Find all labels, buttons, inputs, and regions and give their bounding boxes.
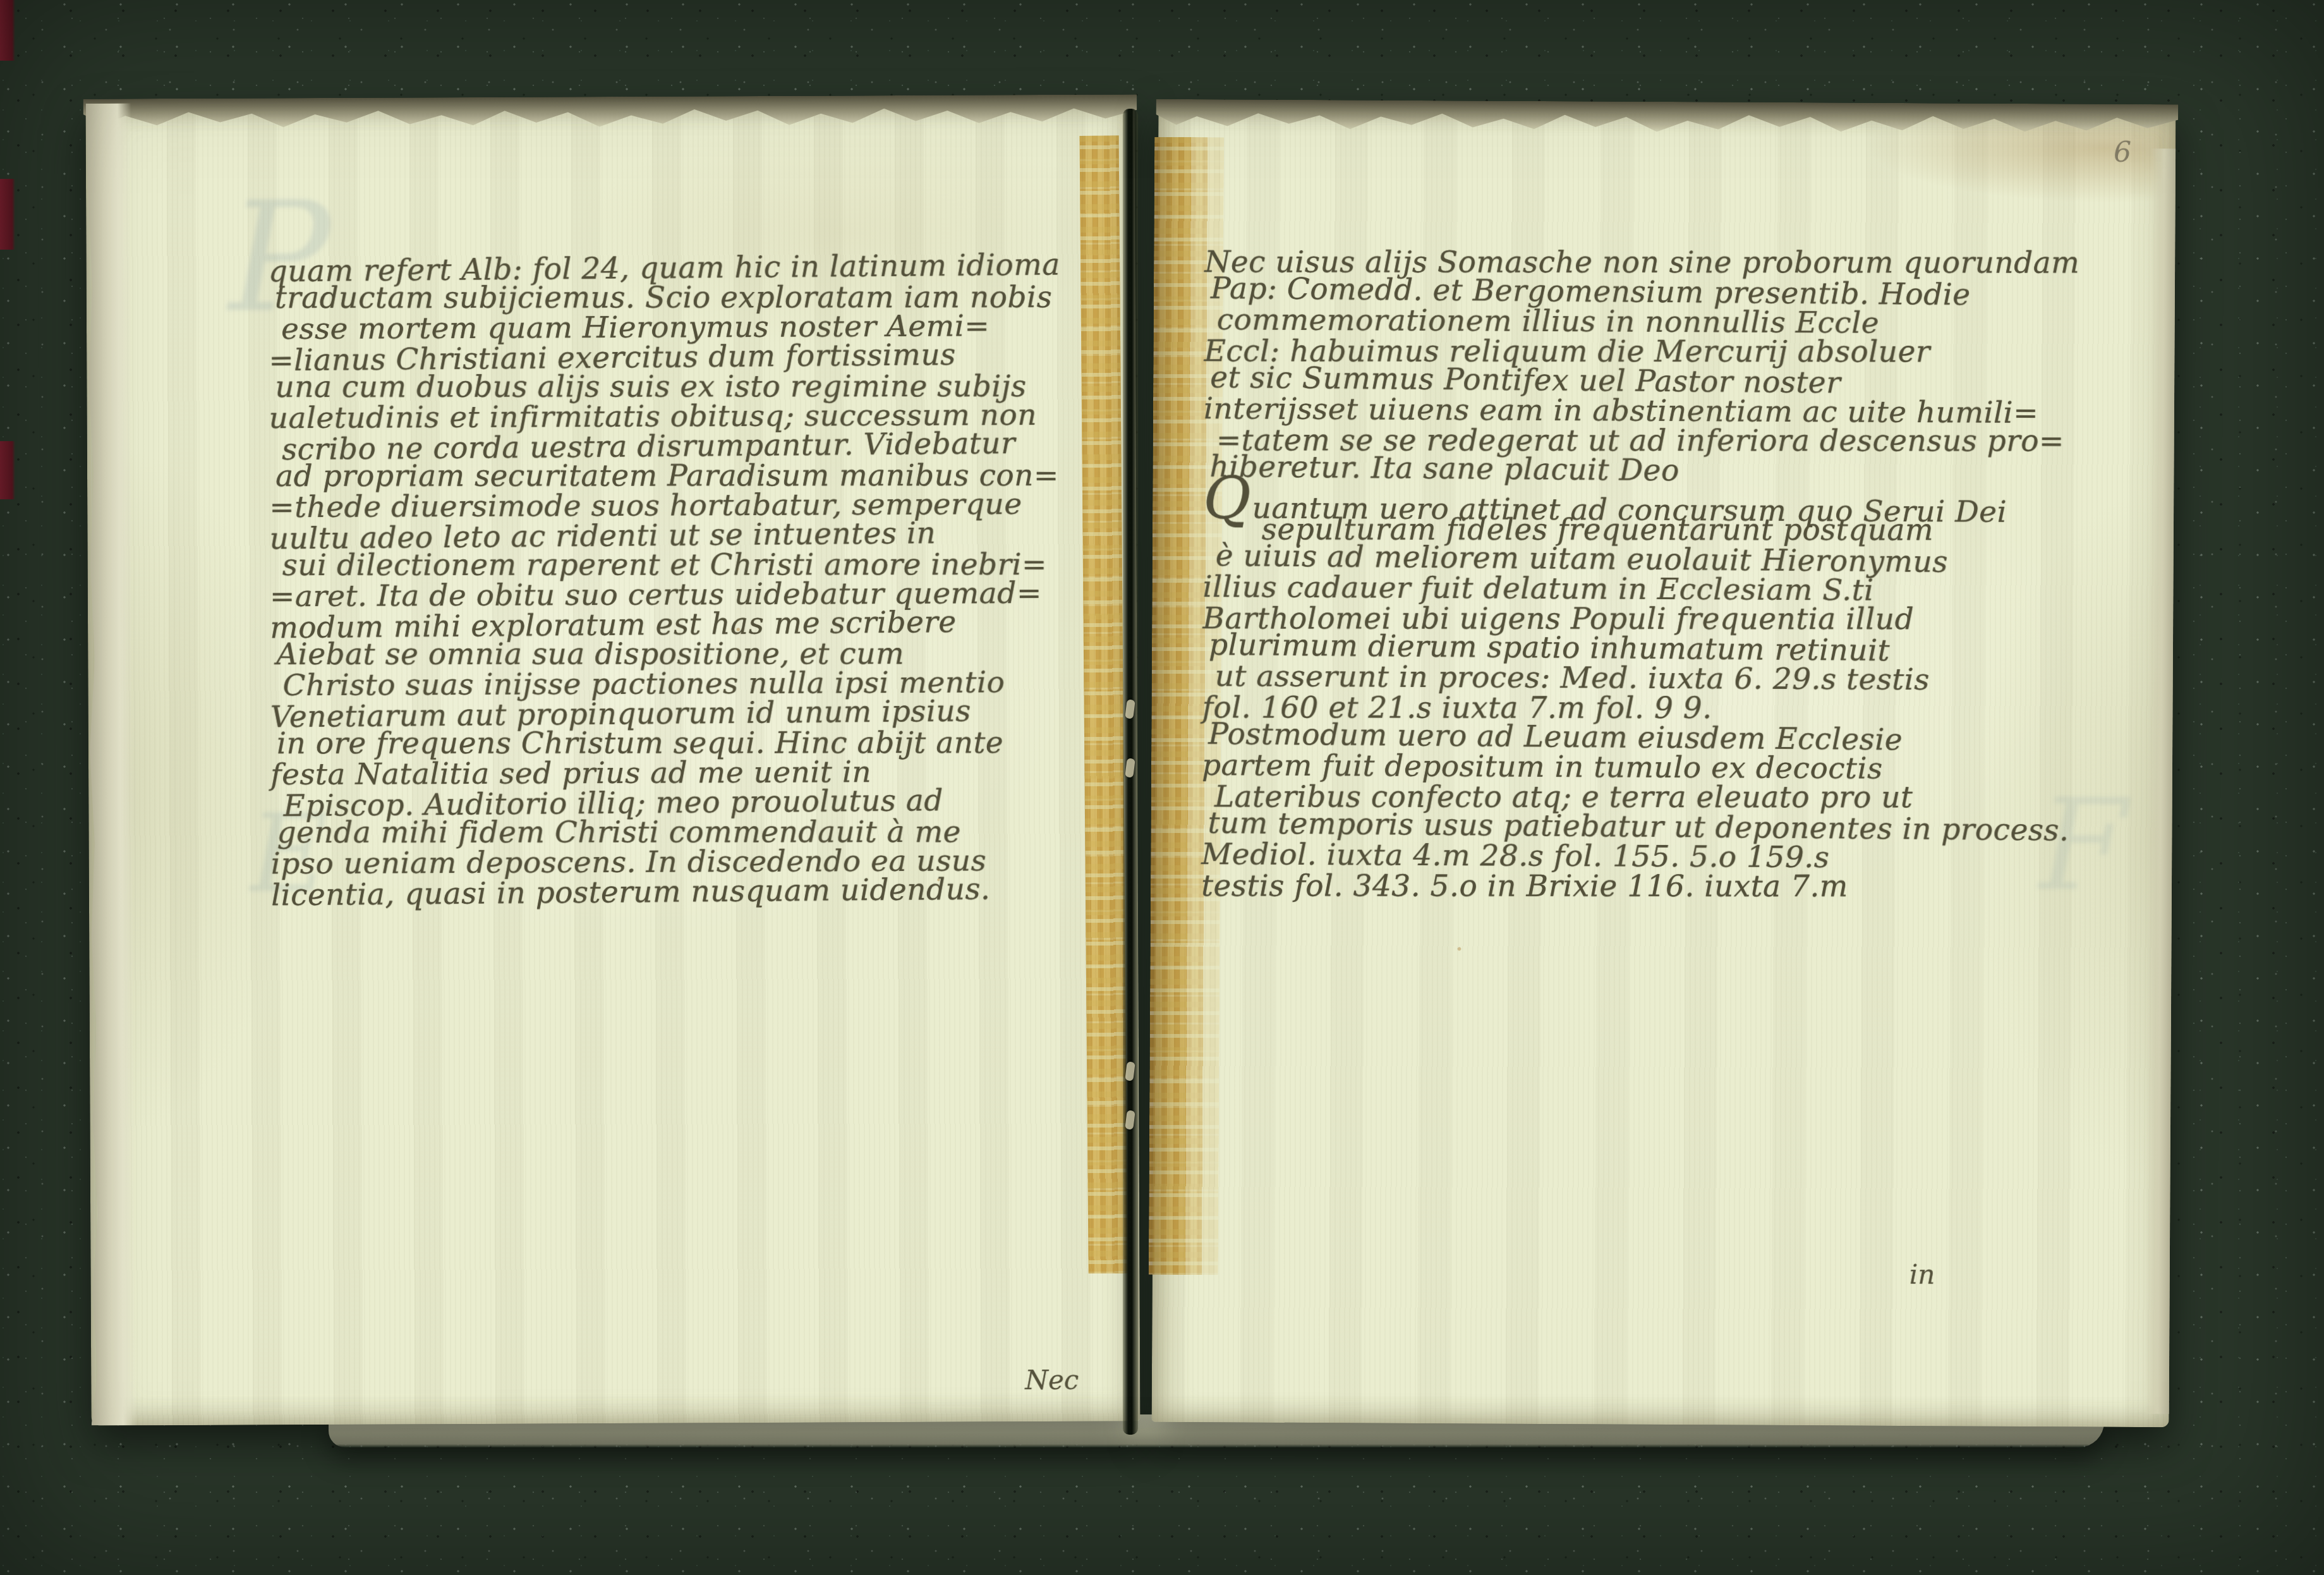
manuscript-line: plurimum dierum spatio inhumatum retinui… xyxy=(1209,623,2106,660)
manuscript-line: Bartholomei ubi uigens Populi frequentia… xyxy=(1202,596,2106,626)
page-gutter xyxy=(1123,109,1138,1435)
manuscript-line: et sic Summus Pontifex uel Pastor noster xyxy=(1210,355,2107,392)
manuscript-line: ad propriam securitatem Paradisum manibu… xyxy=(275,453,1110,483)
binding-stitch xyxy=(1125,699,1135,719)
manuscript-line: scribo ne corda uestra disrumpantur. Vid… xyxy=(282,420,1110,456)
manuscript-line: =tatem se se redegerat ut ad inferiora d… xyxy=(1216,418,2107,448)
deckle-edge xyxy=(85,103,136,1425)
fore-edge xyxy=(2144,149,2176,1414)
manuscript-line: Aiebat se omnia sua dispositione, et cum xyxy=(276,631,1110,661)
manuscript-line: Episcop. Auditorio illiq; meo prouolutus… xyxy=(283,776,1111,813)
binding-stitch xyxy=(1125,1061,1135,1081)
catchword: in xyxy=(1909,1259,1935,1290)
right-page-text: Nec uisus alijs Somasche non sine probor… xyxy=(1201,238,2108,896)
photo-stage: P E quam refert Alb: fol 24, quam hic in… xyxy=(0,0,2324,1575)
manuscript-line: genda mihi fidem Christi commendauit à m… xyxy=(277,809,1111,839)
manuscript-line: sui dilectionem raperent et Christi amor… xyxy=(282,542,1110,572)
manuscript-line: Eccl: habuimus reliquum die Mercurij abs… xyxy=(1204,329,2107,359)
folio-number: 6 xyxy=(2114,137,2131,169)
binding-stitch xyxy=(1125,1110,1135,1129)
manuscript-line: Postmodum uero ad Leuam eiusdem Ecclesie xyxy=(1208,712,2105,749)
left-page: P E quam refert Alb: fol 24, quam hic in… xyxy=(85,99,1140,1425)
binding-stitch xyxy=(1125,758,1135,777)
manuscript-line: Nec uisus alijs Somasche non sine probor… xyxy=(1204,240,2108,270)
left-page-text: quam refert Alb: fol 24, quam hic in lat… xyxy=(268,243,1111,901)
manuscript-line: fol. 160 et 21.s iuxta 7.m fol. 9 9. xyxy=(1202,685,2106,715)
catchword: Nec xyxy=(1025,1365,1079,1396)
ragged-top-edge xyxy=(1156,99,2178,138)
manuscript-line: sepulturam fideles frequentarunt postqua… xyxy=(1203,507,2107,537)
manuscript-book: P E quam refert Alb: fol 24, quam hic in… xyxy=(0,0,2324,1575)
manuscript-line: Lateribus confecto atq; e terra eleuato … xyxy=(1214,774,2105,805)
manuscript-line: una cum duobus alijs suis ex isto regimi… xyxy=(275,363,1109,394)
manuscript-line: tum temporis usus patiebatur ut deponent… xyxy=(1207,801,2105,838)
manuscript-line: quam refert Alb: fol 24, quam hic in lat… xyxy=(268,241,1108,279)
manuscript-line: in ore frequens Christum sequi. Hinc abi… xyxy=(277,720,1111,750)
manuscript-line: è uiuis ad meliorem uitam euolauit Hiero… xyxy=(1216,533,2107,571)
right-page: 6 F Nec uisus alijs Somasche non sine pr… xyxy=(1152,104,2176,1427)
ragged-top-edge xyxy=(83,94,1137,133)
manuscript-line: traductam subijciemus. Scio exploratam i… xyxy=(275,274,1109,305)
manuscript-line: testis fol. 343. 5.o in Brixie 116. iuxt… xyxy=(1201,863,2105,894)
